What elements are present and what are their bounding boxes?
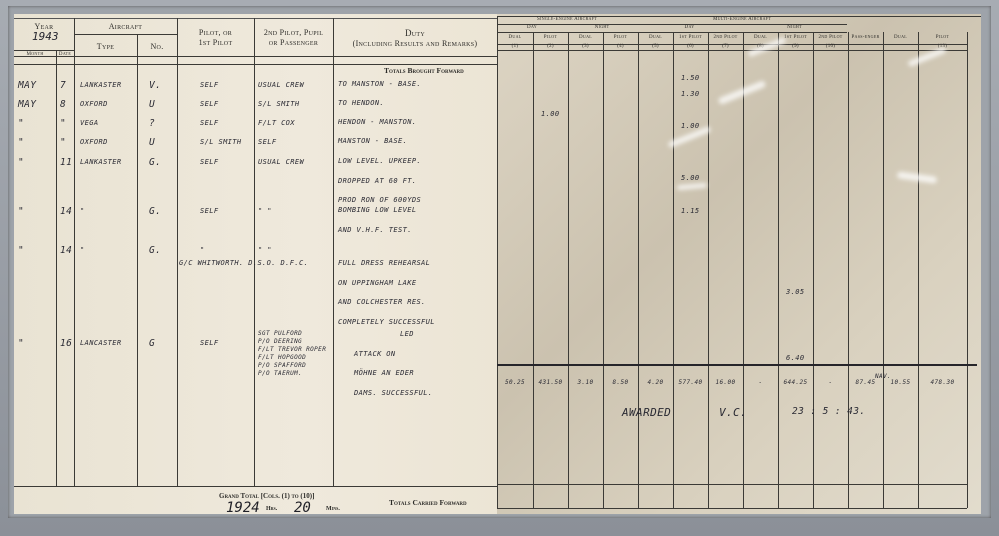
entry-duty-line: FULL DRESS REHEARSAL bbox=[338, 259, 430, 267]
pilot-label: Pilot, or1st Pilot bbox=[177, 28, 254, 48]
multi-engine-label: Multi-Engine Aircraft bbox=[637, 17, 847, 23]
column-rule bbox=[708, 32, 709, 508]
aircraft-label: Aircraft bbox=[74, 22, 177, 32]
entry-aircraft-no: G bbox=[149, 338, 155, 349]
entry-duty-line: AND V.H.F. TEST. bbox=[338, 226, 412, 234]
entry-aircraft-type: LANKASTER bbox=[80, 158, 122, 166]
single-engine-label: Single-Engine Aircraft bbox=[497, 17, 637, 23]
entry-crew-member: P/O TAERUM. bbox=[258, 370, 302, 377]
column-header: Dual bbox=[883, 35, 918, 41]
column-rule bbox=[883, 32, 884, 508]
entry-pilot: SELF bbox=[200, 100, 218, 108]
totals-divider bbox=[497, 364, 977, 366]
column-header: 2nd Pilot bbox=[708, 35, 743, 41]
entry-date: " bbox=[60, 137, 66, 148]
column-header: Dual bbox=[497, 35, 533, 41]
entry-duty-line: ON UPPINGHAM LAKE bbox=[338, 279, 416, 287]
entry-month: " bbox=[18, 206, 24, 217]
glass-glare bbox=[897, 171, 938, 183]
entry-pilot: SELF bbox=[200, 207, 218, 215]
column-total: - bbox=[745, 379, 776, 386]
column-total: 478.30 bbox=[920, 379, 965, 386]
glass-glare bbox=[677, 183, 707, 191]
column-total: 8.50 bbox=[605, 379, 636, 386]
entry-duty-line: MÖHNE AN EDER bbox=[354, 369, 414, 377]
column-number: (3) bbox=[568, 44, 603, 50]
entry-crew-member: P/O SPAFFORD bbox=[258, 362, 306, 369]
se-night-label: Night bbox=[567, 25, 637, 31]
entry-date: " bbox=[60, 118, 66, 129]
column-number: (5) bbox=[638, 44, 673, 50]
column-number: (6) bbox=[673, 44, 708, 50]
entry-month: " bbox=[18, 157, 24, 168]
column-total: 87.45 bbox=[850, 379, 881, 386]
hrs-label: Hrs. bbox=[266, 506, 277, 512]
entry-duty-line: DROPPED AT 60 FT. bbox=[338, 177, 416, 185]
entry-pilot: SELF bbox=[200, 119, 218, 127]
entry-aircraft-type: LANCASTER bbox=[80, 339, 122, 347]
entry-pilot: SELF bbox=[200, 158, 218, 166]
glass-glare bbox=[718, 80, 767, 105]
column-total: 4.20 bbox=[640, 379, 671, 386]
entry-crew-member: SGT PULFORD bbox=[258, 330, 302, 337]
logbook-right-page: Single-Engine Aircraft Multi-Engine Airc… bbox=[497, 14, 981, 514]
entry-second-pilot: USUAL CREW bbox=[258, 81, 304, 89]
column-total: 644.25 bbox=[780, 379, 811, 386]
flight-time-value: 5.00 bbox=[681, 174, 699, 182]
column-header: 1st Pilot bbox=[673, 35, 708, 41]
column-total: 431.50 bbox=[535, 379, 566, 386]
entry-aircraft-type: " bbox=[80, 207, 85, 215]
grand-total-hours: 1924 bbox=[226, 500, 260, 516]
entry-crew-member: F/LT HOPGOOD bbox=[258, 354, 306, 361]
entry-month: " bbox=[18, 245, 24, 256]
column-number: (1) bbox=[497, 44, 533, 50]
year-value: 1943 bbox=[32, 30, 59, 43]
column-rule bbox=[778, 32, 779, 508]
grand-total-label: Grand Total [Cols. (1) to (10)] bbox=[219, 492, 314, 500]
entry-duty-line: TO MANSTON - BASE. bbox=[338, 80, 421, 88]
column-rule bbox=[813, 32, 814, 508]
column-header: Dual bbox=[638, 35, 673, 41]
duty-label: Duty bbox=[333, 28, 497, 38]
column-rule bbox=[967, 32, 968, 508]
column-total: 577.40 bbox=[675, 379, 706, 386]
awarded-text: AWARDED bbox=[622, 406, 671, 419]
column-total: 50.25 bbox=[499, 379, 531, 386]
entry-date: 14 bbox=[60, 206, 72, 217]
entry-date: 14 bbox=[60, 245, 72, 256]
entry-second-pilot: SELF bbox=[258, 138, 276, 146]
entry-duty-line: BOMBING LOW LEVEL bbox=[338, 206, 416, 214]
entry-duty-line: AND COLCHESTER RES. bbox=[338, 298, 426, 306]
entry-pilot: SELF bbox=[200, 81, 218, 89]
entry-aircraft-no: G. bbox=[149, 157, 161, 168]
flight-time-value: 1.30 bbox=[681, 90, 699, 98]
award-date: 23 : 5 : 43. bbox=[792, 406, 865, 417]
entry-aircraft-type: OXFORD bbox=[80, 138, 108, 146]
entry-duty-line: LED bbox=[400, 330, 414, 338]
entry-duty-line: PROD RON OF 600YDS bbox=[338, 196, 421, 204]
entry-month: MAY bbox=[18, 99, 36, 110]
entry-duty-line: DAMS. SUCCESSFUL. bbox=[354, 389, 432, 397]
me-day-label: Day bbox=[637, 25, 742, 31]
grand-total-mins: 20 bbox=[294, 500, 311, 516]
entry-pilot: S/L SMITH bbox=[200, 138, 242, 146]
entry-aircraft-no: V. bbox=[149, 80, 161, 91]
entry-duty-line: TO HENDON. bbox=[338, 99, 384, 107]
type-label: Type bbox=[74, 42, 137, 52]
flight-time-value: 1.50 bbox=[681, 74, 699, 82]
column-rule bbox=[743, 32, 744, 508]
column-rule bbox=[673, 32, 674, 508]
column-header: Dual bbox=[568, 35, 603, 41]
entry-crew-member: F/LT TREVOR ROPER bbox=[258, 346, 326, 353]
flight-time-value: 3.05 bbox=[786, 288, 804, 296]
duty-sub-label: (Including Results and Remarks) bbox=[333, 39, 497, 49]
vc-text: V.C. bbox=[719, 406, 747, 419]
me-night-label: Night bbox=[742, 25, 847, 31]
entry-aircraft-no: G. bbox=[149, 245, 161, 256]
entry-month: MAY bbox=[18, 80, 36, 91]
column-total: 10.55 bbox=[885, 379, 916, 386]
entry-duty-line: HENDON - MANSTON. bbox=[338, 118, 416, 126]
mins-label: Mins. bbox=[326, 506, 340, 512]
column-number: (9) bbox=[778, 44, 813, 50]
column-rule bbox=[533, 32, 534, 508]
column-number: (10) bbox=[813, 44, 848, 50]
column-total: 3.10 bbox=[570, 379, 601, 386]
entry-date: 8 bbox=[60, 99, 66, 110]
logbook-left-page: Year 1943 Month Date Aircraft Type No. P… bbox=[14, 14, 497, 514]
entry-month: " bbox=[18, 338, 24, 349]
month-label: Month bbox=[14, 52, 56, 58]
entry-aircraft-type: " bbox=[80, 246, 85, 254]
entry-pilot: SELF bbox=[200, 339, 218, 347]
entry-aircraft-no: U bbox=[149, 137, 155, 148]
entry-second-pilot: USUAL CREW bbox=[258, 158, 304, 166]
column-rule bbox=[848, 32, 849, 508]
entry-aircraft-no: ? bbox=[149, 118, 155, 129]
date-label: Date bbox=[56, 52, 74, 58]
column-rule bbox=[497, 16, 498, 508]
column-rule bbox=[568, 32, 569, 508]
entry-date: 7 bbox=[60, 80, 66, 91]
nav-note: NAV. bbox=[875, 373, 891, 380]
entry-duty-line: LOW LEVEL. UPKEEP. bbox=[338, 157, 421, 165]
column-header: Pilot bbox=[533, 35, 568, 41]
column-total: 16.00 bbox=[710, 379, 741, 386]
entry-aircraft-type: VEGA bbox=[80, 119, 98, 127]
entry-pilot: " bbox=[200, 246, 205, 254]
column-rule bbox=[603, 32, 604, 508]
entry-aircraft-type: OXFORD bbox=[80, 100, 108, 108]
column-header: Pilot bbox=[918, 35, 967, 41]
entry-aircraft-type: LANKASTER bbox=[80, 81, 122, 89]
entry-crew-member: P/O DEERING bbox=[258, 338, 302, 345]
second-pilot-label: 2nd Pilot, Pupilor Passenger bbox=[254, 28, 333, 48]
entry-second-pilot: S/L SMITH bbox=[258, 100, 300, 108]
column-total: - bbox=[815, 379, 846, 386]
entry-second-pilot: " " bbox=[258, 207, 272, 215]
flight-time-value: 6.40 bbox=[786, 354, 804, 362]
column-header: Pass-enger bbox=[848, 35, 883, 41]
entry-second-pilot: F/LT COX bbox=[258, 119, 295, 127]
flight-time-value: 1.15 bbox=[681, 207, 699, 215]
totals-carried-forward: Totals Carried Forward bbox=[389, 498, 467, 507]
entry-month: " bbox=[18, 137, 24, 148]
entry-duty-line: ATTACK ON bbox=[354, 350, 396, 358]
entry-duty-line: COMPLETELY SUCCESSFUL bbox=[338, 318, 435, 326]
column-number: (7) bbox=[708, 44, 743, 50]
column-header: Pilot bbox=[603, 35, 638, 41]
column-rule bbox=[638, 32, 639, 508]
no-label: No. bbox=[137, 42, 177, 52]
entry-aircraft-no: U bbox=[149, 99, 155, 110]
flight-time-value: 1.00 bbox=[681, 122, 699, 130]
entry-date: 16 bbox=[60, 338, 72, 349]
flight-time-value: 1.00 bbox=[541, 110, 559, 118]
entry-month: " bbox=[18, 118, 24, 129]
column-rule bbox=[918, 32, 919, 508]
se-day-label: Day bbox=[497, 25, 567, 31]
entry-date: 11 bbox=[60, 157, 72, 168]
entry-duty-line: MANSTON - BASE. bbox=[338, 137, 407, 145]
entry-aircraft-no: G. bbox=[149, 206, 161, 217]
column-number: (2) bbox=[533, 44, 568, 50]
totals-brought-forward: Totals Brought Forward bbox=[384, 66, 464, 75]
column-header: 2nd Pilot bbox=[813, 35, 848, 41]
column-number: (4) bbox=[603, 44, 638, 50]
entry-passenger: G/C WHITWORTH. D.S.O. D.F.C. bbox=[179, 259, 308, 267]
entry-second-pilot: " " bbox=[258, 246, 272, 254]
